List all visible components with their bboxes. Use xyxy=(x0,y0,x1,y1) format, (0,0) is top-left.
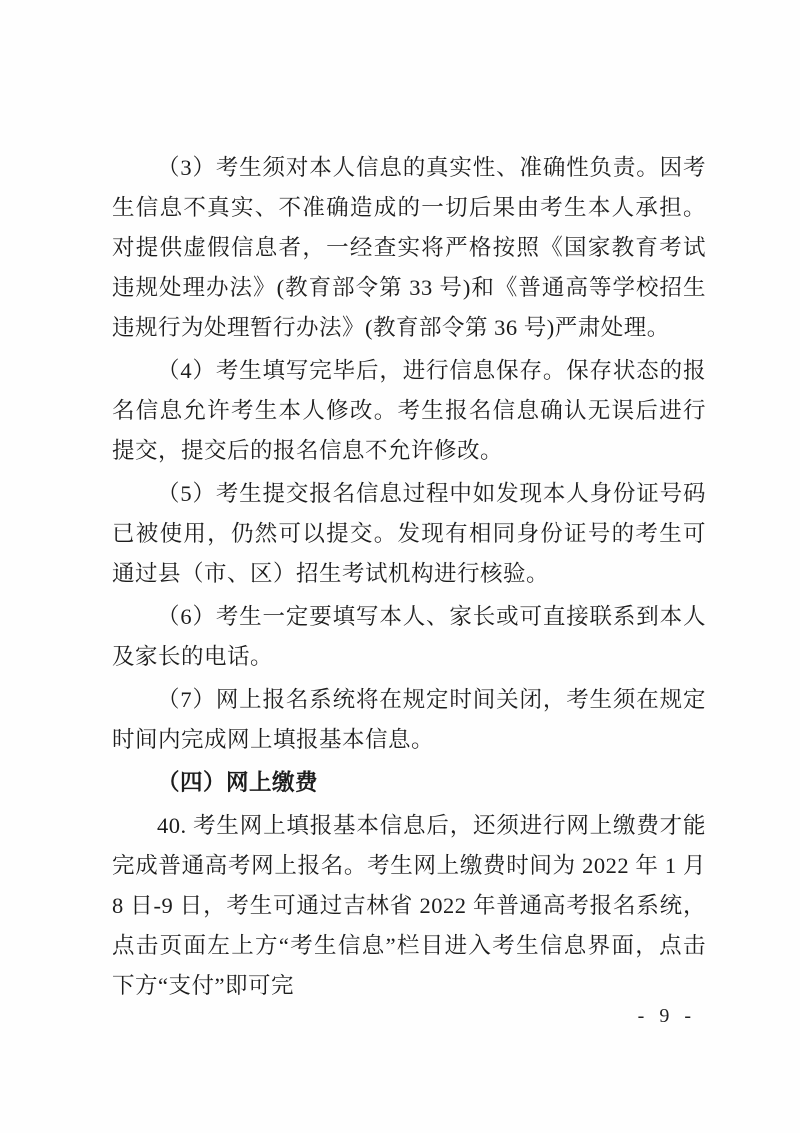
page-number: - 9 - xyxy=(638,1004,696,1028)
document-body: （3）考生须对本人信息的真实性、准确性负责。因考生信息不真实、不准确造成的一切后… xyxy=(112,148,706,1009)
paragraph-5: （5）考生提交报名信息过程中如发现本人身份证号码已被使用，仍然可以提交。发现有相… xyxy=(112,474,706,594)
section-heading-online-payment: （四）网上缴费 xyxy=(112,763,706,803)
paragraph-4: （4）考生填写完毕后，进行信息保存。保存状态的报名信息允许考生本人修改。考生报名… xyxy=(112,351,706,471)
paragraph-7: （7）网上报名系统将在规定时间关闭，考生须在规定时间内完成网上填报基本信息。 xyxy=(112,680,706,760)
document-page: （3）考生须对本人信息的真实性、准确性负责。因考生信息不真实、不准确造成的一切后… xyxy=(0,0,800,1133)
paragraph-3: （3）考生须对本人信息的真实性、准确性负责。因考生信息不真实、不准确造成的一切后… xyxy=(112,148,706,348)
paragraph-40: 40. 考生网上填报基本信息后，还须进行网上缴费才能完成普通高考网上报名。考生网… xyxy=(112,806,706,1006)
paragraph-6: （6）考生一定要填写本人、家长或可直接联系到本人及家长的电话。 xyxy=(112,597,706,677)
